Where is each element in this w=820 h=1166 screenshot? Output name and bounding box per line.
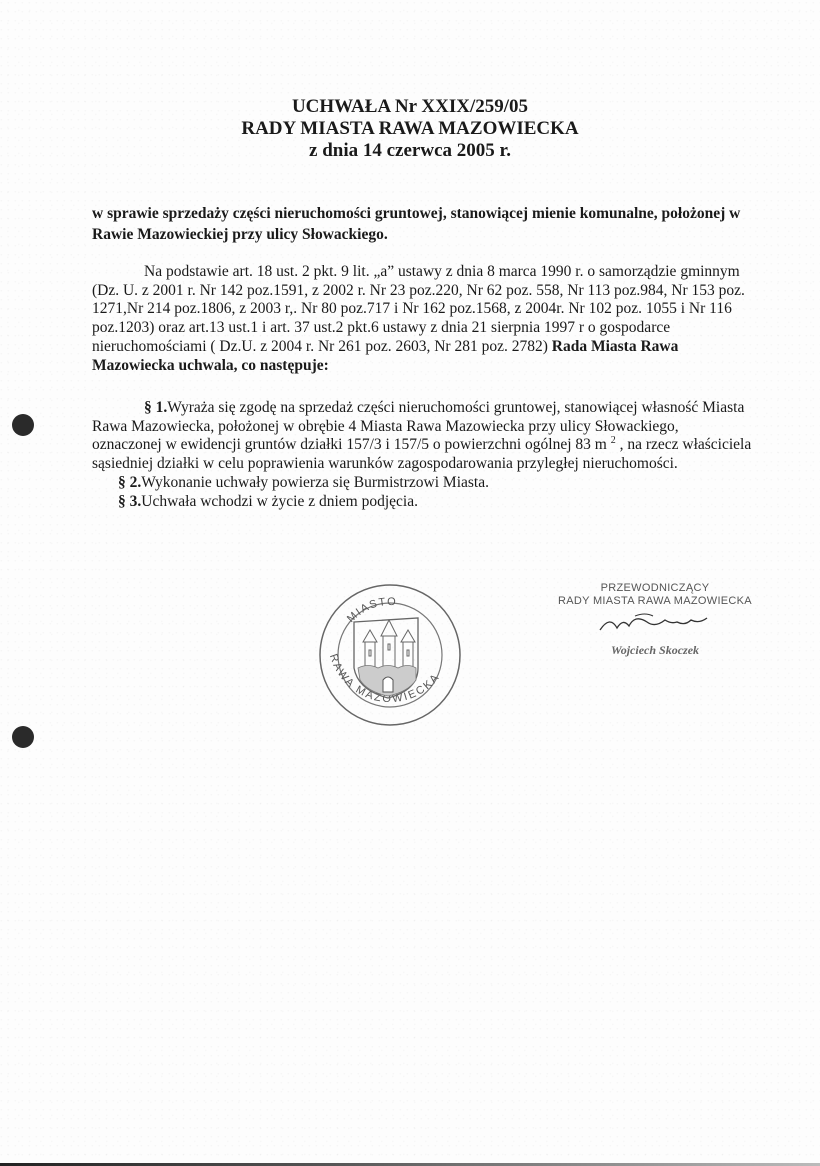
signature-block: PRZEWODNICZĄCY RADY MIASTA RAWA MAZOWIEC…	[540, 582, 770, 658]
paragraph-3: § 3.Uchwała wchodzi w życie z dniem podj…	[92, 493, 752, 512]
punch-hole-top	[12, 414, 34, 436]
document-header: UCHWAŁA Nr XXIX/259/05 RADY MIASTA RAWA …	[0, 96, 820, 162]
punch-hole-bottom	[12, 726, 34, 748]
signatory-name: Wojciech Skoczek	[540, 643, 770, 658]
paragraph-1: § 1.Wyraża się zgodę na sprzedaż części …	[92, 399, 752, 474]
city-seal: MIASTO RAWA MAZOWIECKA	[310, 580, 470, 730]
signature-title-2: RADY MIASTA RAWA MAZOWIECKA	[540, 595, 770, 608]
paragraph-mark: § 2.	[118, 474, 141, 491]
council-name: RADY MIASTA RAWA MAZOWIECKA	[0, 118, 820, 140]
coat-of-arms-icon: MIASTO RAWA MAZOWIECKA	[310, 580, 470, 730]
handwritten-signature-icon	[595, 610, 715, 636]
paragraph-mark: § 1.	[144, 399, 167, 416]
resolution-paragraphs: § 1.Wyraża się zgodę na sprzedaż części …	[92, 399, 752, 511]
resolution-date: z dnia 14 czerwca 2005 r.	[0, 140, 820, 162]
resolution-subject: w sprawie sprzedaży części nieruchomości…	[92, 203, 742, 245]
resolution-number: UCHWAŁA Nr XXIX/259/05	[0, 96, 820, 118]
paragraph-2: § 2.Wykonanie uchwały powierza się Burmi…	[92, 474, 752, 493]
legal-basis: Na podstawie art. 18 ust. 2 pkt. 9 lit. …	[92, 263, 752, 375]
paragraph-mark: § 3.	[118, 493, 141, 510]
signature-title-1: PRZEWODNICZĄCY	[540, 582, 770, 595]
